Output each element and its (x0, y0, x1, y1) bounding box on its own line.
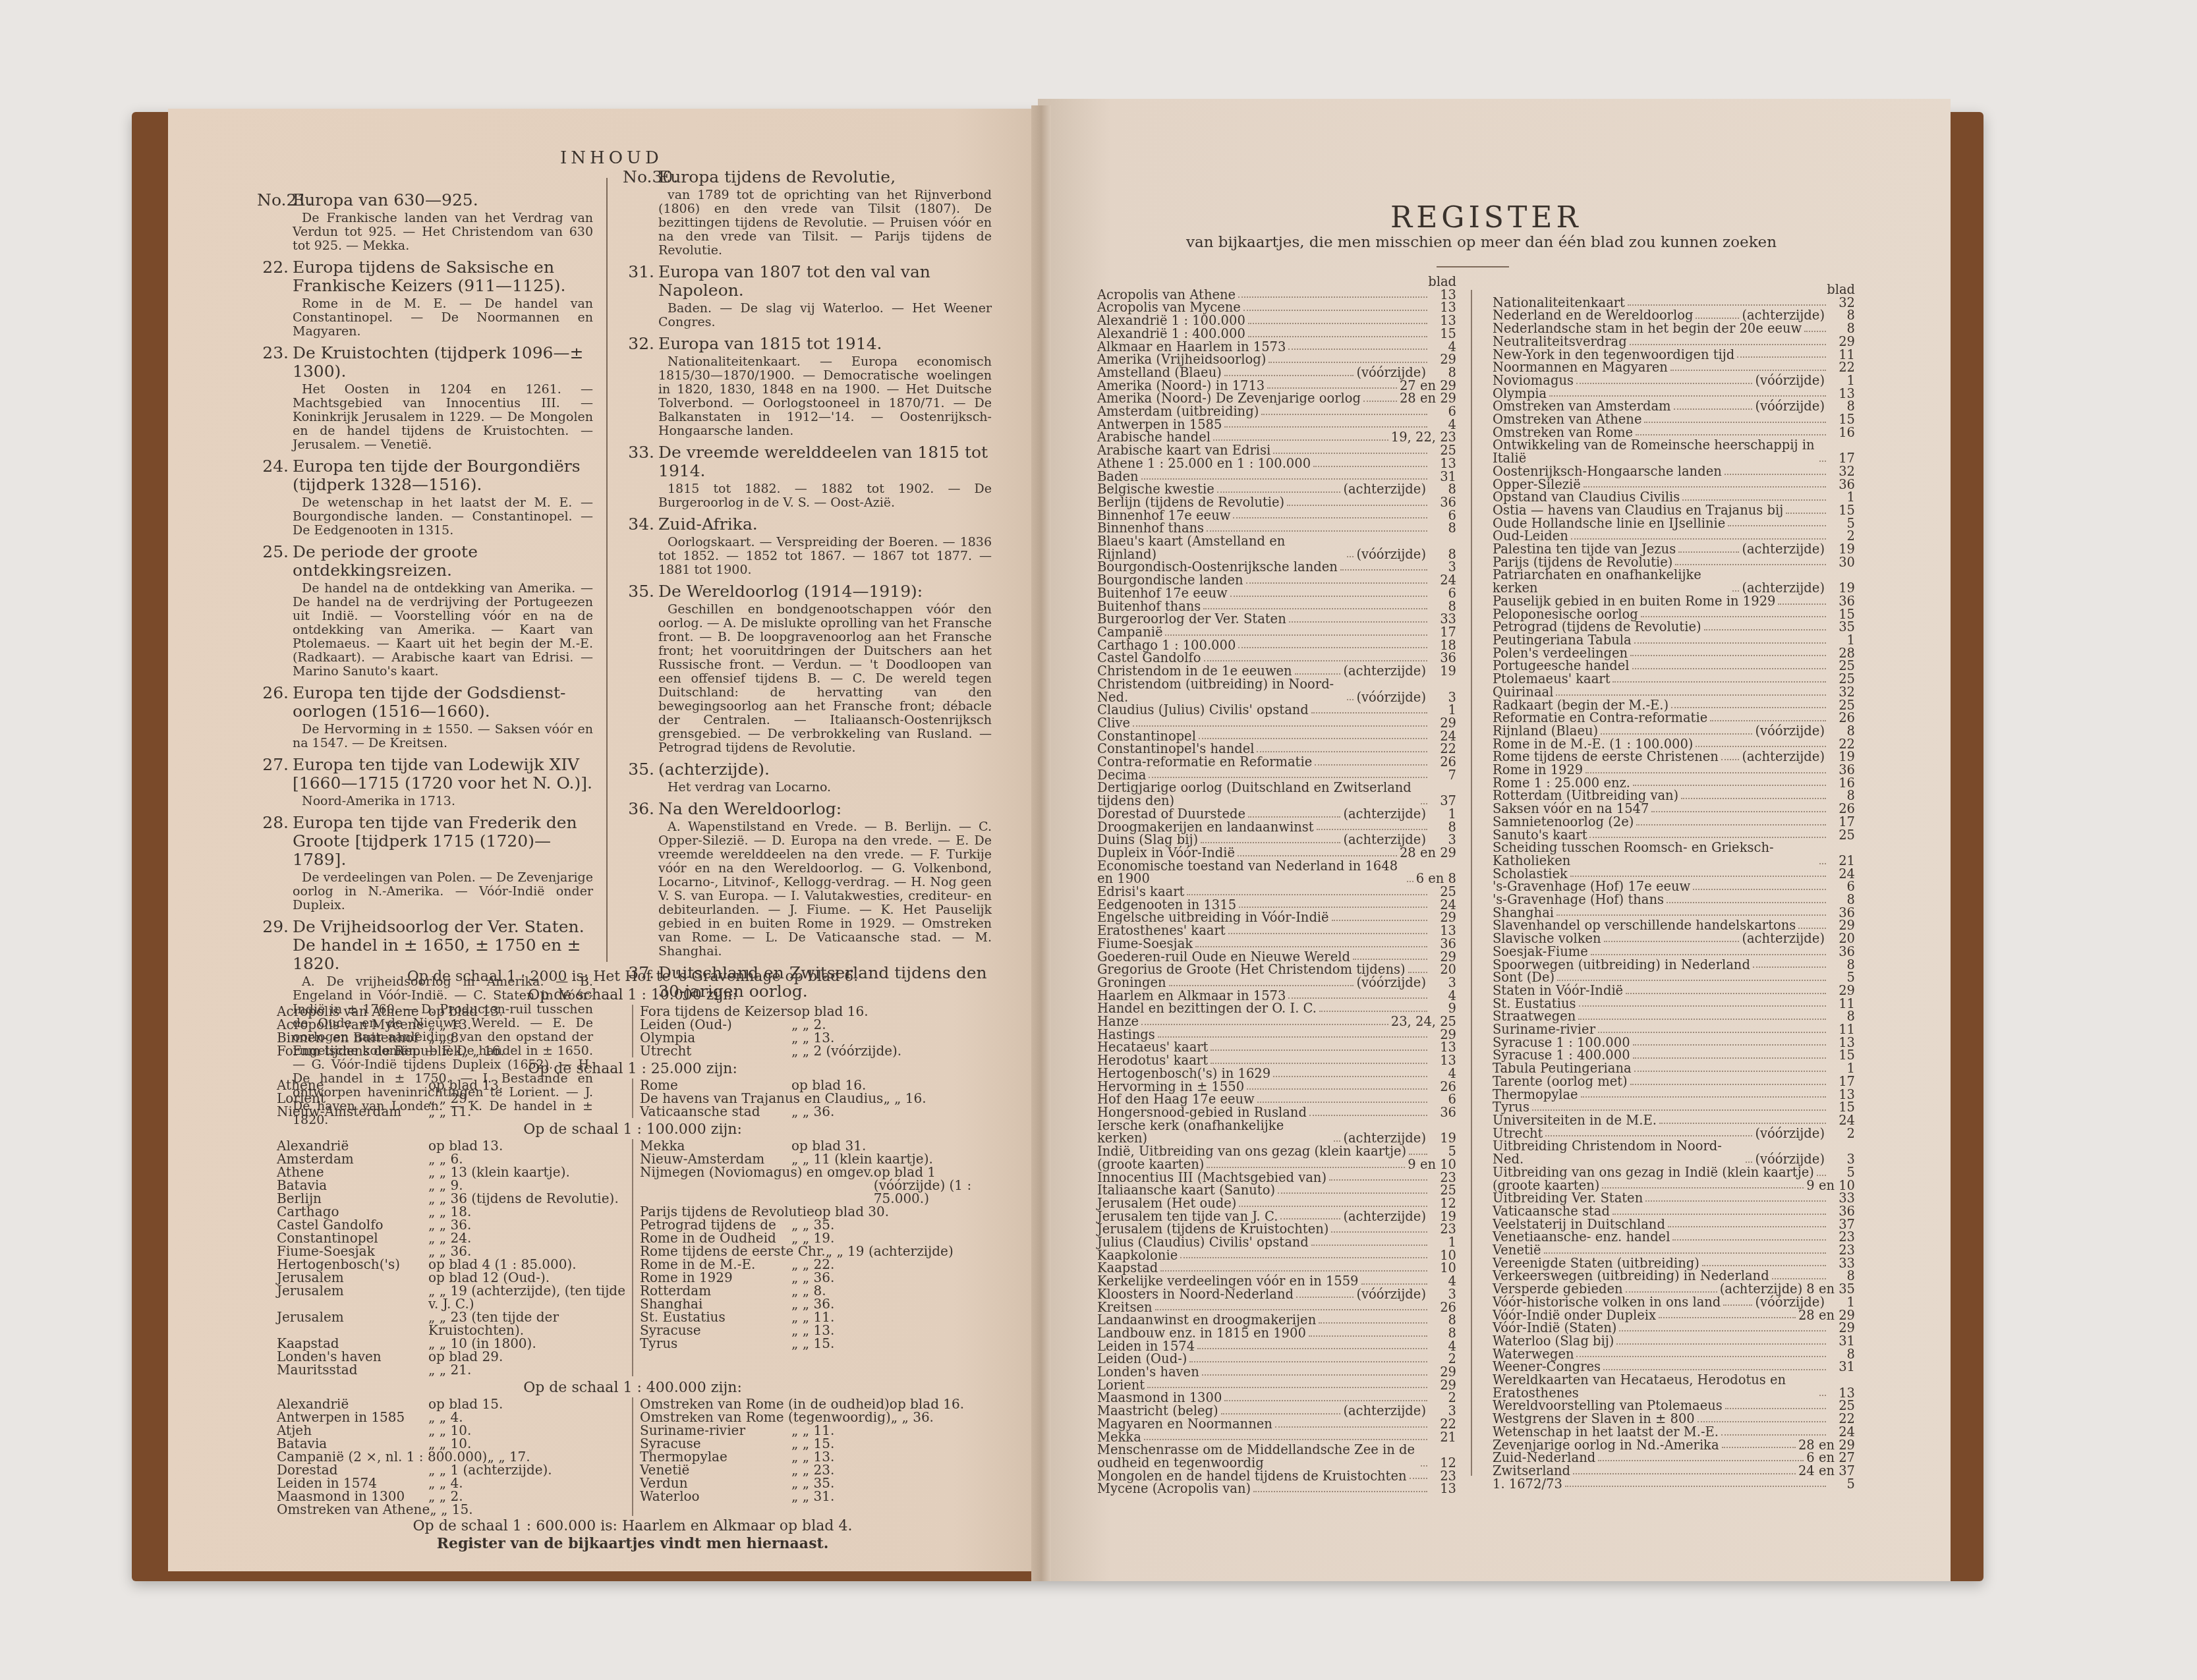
register-entry: Arabische kaart van Edrisi25 (1097, 444, 1456, 457)
place-name: Maasmond in 1300 (277, 1490, 428, 1503)
dot-leader (1753, 966, 1826, 968)
place-name: Suriname-rivier (640, 1424, 791, 1437)
register-term: Saksen vóór en na 1547 (1493, 802, 1649, 816)
dot-leader (1273, 453, 1427, 454)
entry-number: 31. (623, 263, 658, 300)
dot-leader (1612, 1214, 1826, 1215)
scale-list-right: Mekkaop blad 31.Nieuw-Amsterdam„ „ 11 (k… (632, 1139, 995, 1376)
entry-title: Europa ten tijde van Frederik den Groote… (293, 814, 593, 869)
register-entry: Julius (Claudius) Civilis' opstand1 (1097, 1236, 1456, 1249)
register-term: Amstelland (Blaeu) (1097, 366, 1222, 379)
dot-leader (1819, 461, 1826, 462)
dot-leader (1804, 331, 1826, 332)
scale-row: Berlijn„ „ 36 (tijdens de Revolutie). (277, 1192, 625, 1205)
side-note: (vóórzijde) (1755, 374, 1829, 387)
dot-leader (1315, 764, 1427, 766)
toc-entry-head: 33.De vreemde werelddeelen van 1815 tot … (623, 443, 992, 480)
side-note: (achterzijde) (1742, 582, 1829, 595)
place-name: Syracuse (640, 1437, 791, 1450)
dot-leader (1630, 655, 1826, 656)
register-term: Wetenschap in het laatst der M.-E. (1493, 1426, 1719, 1439)
entry-description: Het verdrag van Locarno. (623, 781, 992, 795)
dot-leader (1576, 383, 1752, 384)
place-name: Acropolis van Mycene (277, 1018, 428, 1031)
title-rule (1437, 266, 1509, 267)
dot-leader (1598, 1032, 1826, 1033)
register-term: Menschenrasse om de Middellandsche Zee i… (1097, 1443, 1418, 1469)
toc-entry-head: 26.Europa ten tijde der Godsdienst-oorlo… (257, 684, 593, 721)
scale-grid: Alexandriëop blad 13.Amsterdam„ „ 6.Athe… (270, 1139, 995, 1376)
toc-entry-head: 23.De Kruistochten (tijdperk 1096—± 1300… (257, 344, 593, 381)
sheet-number: 20 (1829, 932, 1855, 945)
sheet-number: 22 (1829, 1413, 1855, 1426)
sheet-number: 25 (1430, 444, 1456, 457)
toc-entry: 25.De periode der groote ontdekkingsreiz… (257, 543, 593, 679)
sheet-ref: „ „ 36. (791, 1297, 988, 1310)
scale-row: Syracuse„ „ 15. (640, 1437, 988, 1450)
place-name: Utrecht (640, 1044, 791, 1057)
dot-leader (1571, 538, 1826, 540)
register-entry: Venetiaansche- enz. handel23 (1493, 1231, 1855, 1244)
place-name: Petrograd tijdens de (640, 1218, 791, 1231)
dot-leader (1732, 590, 1739, 592)
entry-description: Noord-Amerika in 1713. (257, 795, 593, 808)
dot-leader (1589, 837, 1826, 838)
register-term: Rijnland (Blaeu) (1493, 725, 1598, 738)
register-entry: Waterloo (Slag bij)31 (1493, 1335, 1855, 1348)
dot-leader (1149, 777, 1427, 778)
register-entry: Tarente (oorlog met)17 (1493, 1075, 1855, 1088)
place-name: Tyrus (640, 1337, 791, 1350)
sheet-number: 24 en 37 (1798, 1465, 1855, 1478)
toc-entry: No.21.Europa van 630—925.De Frankische l… (257, 191, 593, 253)
dot-leader (1288, 997, 1427, 999)
entry-title: Europa ten tijde van Lodewijk XIV [1660—… (293, 756, 593, 793)
dot-leader (1275, 1426, 1427, 1428)
register-term: Buitenhof 17e eeuw (1097, 587, 1228, 600)
sheet-number: 1 (1430, 704, 1456, 717)
register-entry: Iersche kerk (onafhankelijke kerken)(ach… (1097, 1119, 1456, 1145)
entry-title: (achterzijde). (658, 760, 992, 779)
place-name: Nieuw-Amsterdam (640, 1152, 791, 1165)
sheet-ref: „ „ 31. (791, 1490, 988, 1503)
place-name: Venetië (640, 1463, 791, 1476)
contents-heading: INHOUD (560, 148, 663, 168)
sheet-ref: op blad 16. (890, 1397, 988, 1411)
scale-blocks: Op de schaal 1 : 10.000 zijn:Acropolis v… (270, 989, 995, 1516)
sheet-number: 15 (1430, 327, 1456, 341)
entry-number: 23. (257, 344, 293, 381)
dot-leader (1675, 564, 1826, 565)
scale-row: Jerusalem„ „ 23 (ten tijde der Kruistoch… (277, 1310, 625, 1337)
side-note: (vóórzijde) (1755, 1296, 1829, 1309)
register-term: Vóór-historische volken in ons land (1493, 1296, 1721, 1309)
dot-leader (1659, 1317, 1796, 1318)
dot-leader (1340, 569, 1427, 571)
dot-leader (1570, 876, 1826, 877)
place-name: Athene (277, 1165, 428, 1179)
scale-row: Utrecht„ „ 2 (vóórzijde). (640, 1044, 988, 1057)
dot-leader (1704, 629, 1826, 630)
place-name: Jerusalem (277, 1284, 428, 1310)
register-term: Hertogenbosch('s) in 1629 (1097, 1067, 1270, 1080)
sheet-number: 17 (1829, 816, 1855, 829)
entry-title: Na den Wereldoorlog: (658, 800, 992, 818)
register-term: Contra-reformatie en Reformatie (1097, 756, 1312, 769)
scale-row: Omstreken van Athene„ „ 15. (277, 1503, 625, 1516)
sheet-ref: „ „ 36 (tijdens de Revolutie). (428, 1192, 625, 1205)
dot-leader (1224, 375, 1354, 376)
scale-row: Londen's havenop blad 29. (277, 1350, 625, 1363)
scale-row: Romeop blad 16. (640, 1078, 988, 1092)
dot-leader (1239, 907, 1427, 908)
sheet-number: 36 (1829, 945, 1855, 959)
entry-title: Europa van 1807 tot den val van Napoleon… (658, 263, 992, 300)
dot-leader (1133, 725, 1427, 727)
dot-leader (1224, 1400, 1427, 1401)
register-term: Slavische volken (1493, 932, 1601, 945)
sheet-ref: „ „ 36. (791, 1105, 988, 1118)
register-term: Bourgondische landen (1097, 574, 1243, 587)
register-term: Samnietenoorlog (2e) (1493, 816, 1634, 829)
register-term: Patriarchaten en onafhankelijke kerken (1493, 569, 1730, 594)
side-note: (vóórzijde) (1356, 366, 1430, 379)
register-entry: Tabula Peutingeriana1 (1493, 1062, 1855, 1075)
sheet-ref: „ „ 9. (428, 1179, 625, 1192)
place-name: Batavia (277, 1179, 428, 1192)
scale-row: Jerusalem„ „ 19 (achterzijde), (ten tijd… (277, 1284, 625, 1310)
blad-label: blad (1493, 283, 1855, 296)
register-entry: Pauselijk gebied in en buiten Rome in 19… (1493, 595, 1855, 608)
sheet-ref: „ „ 22. (791, 1258, 988, 1271)
sheet-number: 5 (1430, 1145, 1456, 1158)
register-entry: Jerusalem (Het oude)12 (1097, 1197, 1456, 1210)
sheet-ref: „ „ 19. (791, 1231, 988, 1245)
scale-row: Mekkaop blad 31. (640, 1139, 988, 1152)
place-name: Forum tijdens de Republiek (277, 1044, 462, 1057)
place-name: Rotterdam (640, 1284, 791, 1297)
place-name: Londen's haven (277, 1350, 428, 1363)
register-entry: 1. 1672/735 (1493, 1478, 1855, 1491)
dot-leader (1269, 362, 1427, 363)
register-subtitle: van bijkaartjes, die men misschien op me… (1186, 234, 1777, 251)
toc-entry-head: 31.Europa van 1807 tot den val van Napol… (623, 263, 992, 300)
sheet-number: 3 (1829, 1153, 1855, 1166)
toc-entry-head: 22.Europa tijdens de Saksische en Franki… (257, 258, 593, 295)
register-term: Quirinaal (1493, 686, 1553, 699)
register-term: Hanze (1097, 1015, 1139, 1028)
scale-row: Nieuw-Amsterdam„ „ 11 (klein kaartje). (640, 1152, 988, 1165)
sheet-number: 12 (1430, 1197, 1456, 1210)
dot-leader (1273, 1076, 1427, 1077)
dot-leader (1702, 1265, 1826, 1266)
dot-leader (1746, 1162, 1752, 1163)
dot-leader (1819, 863, 1826, 864)
place-name: Leiden in 1574 (277, 1476, 428, 1490)
sheet-number: 21 (1829, 854, 1855, 868)
dot-leader (1544, 1252, 1826, 1254)
dot-leader (1645, 1200, 1826, 1202)
register-reference: Register van de bijkaartjes vindt men hi… (270, 1537, 995, 1550)
sheet-number: 31 (1829, 1335, 1855, 1348)
dot-leader (1221, 1413, 1341, 1414)
dot-leader (1532, 1109, 1826, 1111)
entry-number: 22. (257, 258, 293, 295)
register-entry: Belgische kwestie(achterzijde)8 (1097, 483, 1456, 496)
scale-row: Antwerpen in 1585„ „ 4. (277, 1411, 625, 1424)
register-entry: Versperde gebieden(achterzijde)8 en 35 (1493, 1283, 1855, 1296)
dot-leader (1578, 1019, 1826, 1020)
dot-leader (1257, 751, 1427, 752)
scale-row: Alexandriëop blad 15. (277, 1397, 625, 1411)
toc-entry: 34.Zuid-Afrika.Oorlogskaart. — Verspreid… (623, 515, 992, 577)
register-term: Londen's haven (1097, 1366, 1199, 1379)
register-term: Landbouw enz. in 1815 en 1900 (1097, 1327, 1306, 1340)
dot-leader (1633, 1044, 1826, 1046)
register-term: (groote kaarten) (1097, 1158, 1204, 1171)
dot-leader (1141, 1024, 1388, 1025)
dot-leader (1233, 517, 1427, 518)
side-note: (achterzijde) (1343, 483, 1430, 496)
register-term: Blaeu's kaart (Amstelland en Rijnland) (1097, 535, 1344, 561)
dot-leader (1737, 356, 1826, 358)
place-name: Alexandrië (277, 1397, 428, 1411)
dot-leader (1203, 608, 1427, 609)
sheet-number: 36 (1430, 1106, 1456, 1119)
entry-number: 24. (257, 457, 293, 494)
register-entry: Wereldkaarten van Hecataeus, Herodotus e… (1493, 1374, 1855, 1399)
sheet-number: 20 (1430, 963, 1456, 976)
scale-2000-line: Op de schaal 1 : 2000 is: Het Hof te 's-… (270, 970, 995, 984)
side-note: (achterzijde) (1742, 750, 1829, 764)
register-term: Magyaren en Noormannen (1097, 1418, 1272, 1431)
place-name: Alexandrië (277, 1139, 428, 1152)
dot-leader (1634, 642, 1826, 644)
sheet-number: 3 (1430, 1405, 1456, 1418)
scale-heading: Op de schaal 1 : 25.000 zijn: (270, 1063, 995, 1076)
scale-row: Rome in de Oudheid„ „ 19. (640, 1231, 988, 1245)
sheet-number: 24 (1430, 574, 1456, 587)
sheet-ref: op blad 13. (428, 1139, 625, 1152)
dot-leader (1698, 1421, 1826, 1422)
dot-leader (1632, 668, 1826, 669)
sheet-number: 17 (1829, 1075, 1855, 1088)
register-term: Berlijn (tijdens de Revolutie) (1097, 496, 1284, 509)
dot-leader (1549, 395, 1826, 397)
dot-leader (1332, 920, 1427, 921)
dot-leader (1207, 530, 1427, 532)
toc-entry: 23.De Kruistochten (tijdperk 1096—± 1300… (257, 344, 593, 452)
register-entry: Wetenschap in het laatst der M.-E.24 (1493, 1426, 1855, 1439)
register-term: Herodotus' kaart (1097, 1054, 1208, 1067)
dot-leader (1238, 296, 1427, 298)
sheet-number: 25 (1430, 1184, 1456, 1197)
register-entry: Menschenrasse om de Middellandsche Zee i… (1097, 1443, 1456, 1469)
register-term: Noviomagus (1493, 374, 1574, 387)
register-entry: Peutingeriana Tabula1 (1493, 634, 1855, 647)
dot-leader (1288, 349, 1427, 350)
sheet-ref: op blad 29. (428, 1350, 625, 1363)
dot-leader (1410, 1478, 1427, 1479)
dot-leader (1819, 1395, 1826, 1396)
register-term: Gregorius de Groote (Het Christendom tij… (1097, 963, 1406, 976)
entry-number: 26. (257, 684, 293, 721)
register-term: Ptolemaeus' kaart (1493, 673, 1610, 686)
dot-leader (1295, 673, 1341, 675)
sheet-ref: op blad 15. (428, 1397, 625, 1411)
register-entry: Vóór-Indië (Staten)29 (1493, 1322, 1855, 1335)
sheet-number: 13 (1430, 1054, 1456, 1067)
side-note: (achterzijde) (1343, 833, 1430, 847)
dot-leader (1211, 1050, 1427, 1051)
scale-list-left: Alexandriëop blad 15.Antwerpen in 1585„ … (270, 1397, 632, 1516)
dot-leader (1202, 1374, 1427, 1376)
scale-grid: Acropolis van Atheneop blad 13.Acropolis… (270, 1005, 995, 1057)
register-term: Palestina ten tijde van Jezus (1493, 543, 1676, 556)
place-name: Hertogenbosch('s) (277, 1258, 428, 1271)
dot-leader (1630, 1084, 1826, 1085)
register-entry: Athene 1 : 25.000 en 1 : 100.00013 (1097, 457, 1456, 470)
sheet-number: 26 (1829, 712, 1855, 725)
sheet-ref: „ „ 15. (791, 1337, 988, 1350)
side-note: (achterzijde) (1343, 808, 1430, 821)
sheet-ref: „ „ 13 (klein kaartje). (428, 1165, 625, 1179)
register-term: Edrisi's kaart (1097, 885, 1184, 899)
sheet-number: 5 (1829, 1166, 1855, 1179)
sheet-number: 11 (1829, 1023, 1855, 1036)
register-term: Arabische kaart van Edrisi (1097, 444, 1270, 457)
place-name: Fiume-Soesjak (277, 1245, 428, 1258)
register-term: Tabula Peutingeriana (1493, 1062, 1632, 1075)
toc-entry-head: 27.Europa ten tijde van Lodewijk XIV [16… (257, 756, 593, 793)
entry-number: No.21. (257, 191, 293, 210)
dot-leader (1817, 1175, 1826, 1176)
dot-leader (1598, 1460, 1804, 1461)
entry-description: De Frankische landen van het Verdrag van… (257, 211, 593, 253)
register-term: Reformatie en Contra-reformatie (1493, 712, 1707, 725)
sheet-number: 1 (1430, 808, 1456, 821)
register-term: Oostenrijksch-Hongaarsche landen (1493, 465, 1722, 478)
scale-600000-line: Op de schaal 1 : 600.000 is: Haarlem en … (270, 1520, 995, 1533)
dot-leader (1319, 1322, 1427, 1324)
dot-leader (1347, 699, 1354, 700)
register-term: Staten in Vóór-Indië (1493, 984, 1623, 997)
register-term: Tarente (oorlog met) (1493, 1075, 1628, 1088)
dot-leader (1626, 993, 1826, 994)
place-name: Mekka (640, 1139, 791, 1152)
register-term: Julius (Claudius) Civilis' opstand (1097, 1236, 1309, 1249)
sheet-number: 3 (1430, 976, 1456, 990)
register-entry: Mycene (Acropolis van)13 (1097, 1482, 1456, 1496)
toc-entry: 33.De vreemde werelddeelen van 1815 tot … (623, 443, 992, 510)
dot-leader (1296, 1297, 1354, 1298)
sheet-number: 2 (1829, 1127, 1855, 1140)
register-entry: Slavische volken(achterzijde)20 (1493, 932, 1855, 945)
dot-leader (1644, 422, 1826, 423)
register-entry: Reformatie en Contra-reformatie26 (1493, 712, 1855, 725)
toc-entry-head: No.21.Europa van 630—925. (257, 191, 593, 210)
register-entry: 's-Gravenhage (Hof) thans8 (1493, 893, 1855, 907)
register-term: Duins (Slag bij) (1097, 833, 1198, 847)
sheet-ref: „ „ 36. (428, 1245, 625, 1258)
register-term: Westgrens der Slaven in ± 800 (1493, 1413, 1695, 1426)
dot-leader (1238, 855, 1397, 856)
place-name: Berlijn (277, 1192, 428, 1205)
place-name: Rome tijdens de eerste Chr. (640, 1245, 826, 1258)
dot-leader (1224, 426, 1427, 428)
register-term: Waterloo (Slag bij) (1493, 1335, 1614, 1348)
toc-entry-head: 35.(achterzijde). (623, 760, 992, 779)
register-entry: Italiaansche kaart (Sanuto)25 (1097, 1184, 1456, 1197)
scale-row: Rome in 1929„ „ 36. (640, 1271, 988, 1284)
dot-leader (1408, 972, 1427, 973)
side-note: (vóórzijde) (1755, 725, 1829, 738)
scale-list-left: Alexandriëop blad 13.Amsterdam„ „ 6.Athe… (270, 1139, 632, 1376)
place-name: Olympia (640, 1031, 791, 1044)
entry-description: Baden. — De slag vij Waterloo. — Het Wee… (623, 302, 992, 329)
toc-entry: 36.Na den Wereldoorlog:A. Wapenstilstand… (623, 800, 992, 959)
entry-description: van 1789 tot de oprichting van het Rijnv… (623, 188, 992, 258)
register-term: Economische toestand van Nederland in 16… (1097, 860, 1404, 885)
sheet-number: 8 (1829, 322, 1855, 335)
dot-leader (1248, 323, 1427, 324)
dot-leader (1309, 1115, 1427, 1116)
sheet-number: 25 (1829, 673, 1855, 686)
dot-leader (1147, 1387, 1427, 1388)
register-term: Zwitserland (1493, 1465, 1570, 1478)
sheet-ref: „ „ 11 (klein kaartje). (791, 1152, 988, 1165)
dot-leader (1309, 1335, 1427, 1337)
register-entry: Contra-reformatie en Reformatie26 (1097, 756, 1456, 769)
register-term: Venetië (1493, 1244, 1541, 1257)
register-entry: Alexandrië 1 : 400.00015 (1097, 327, 1456, 341)
sheet-number: 22 (1829, 361, 1855, 374)
register-entry: Maastricht (beleg)(achterzijde)3 (1097, 1405, 1456, 1418)
dot-leader (1334, 1140, 1340, 1142)
register-term: Vaticaansche stad (1493, 1205, 1610, 1218)
dot-leader (1204, 660, 1427, 661)
register-term: Alexandrië 1 : 400.000 (1097, 327, 1245, 341)
dot-leader (1557, 980, 1826, 981)
entry-description: Rome in de M. E. — De handel van Constan… (257, 297, 593, 339)
scale-row: Atheneop blad 13. (277, 1078, 625, 1092)
sheet-number: 26 (1430, 756, 1456, 769)
register-entry: Quirinaal32 (1493, 686, 1855, 699)
toc-entry: 35.(achterzijde).Het verdrag van Locarno… (623, 760, 992, 795)
register-entry: Gregorius de Groote (Het Christendom tij… (1097, 963, 1456, 976)
register-entry: Zwitserland24 en 37 (1493, 1465, 1855, 1478)
entry-title: De Wereldoorlog (1914—1919): (658, 582, 992, 601)
scale-row: Carthago„ „ 18. (277, 1205, 625, 1218)
scale-row: Acropolis van Mycene„ „ 13. (277, 1018, 625, 1031)
sheet-number: 15 (1829, 504, 1855, 517)
toc-entry: 28.Europa ten tijde van Frederik den Gro… (257, 814, 593, 912)
place-name: Athene (277, 1078, 428, 1092)
scale-row: Olympia„ „ 13. (640, 1031, 988, 1044)
scale-list-right: Fora tijdens de Keizersop blad 16.Leiden… (632, 1005, 995, 1057)
sheet-number: 8 (1430, 366, 1456, 379)
side-note: (vóórzijde) (1755, 400, 1829, 413)
sheet-number: 19 (1829, 543, 1855, 556)
entry-number: 25. (257, 543, 293, 580)
register-term: Italiaansche kaart (Sanuto) (1097, 1184, 1275, 1197)
dot-leader (1667, 902, 1826, 903)
place-name: Kaapstad (277, 1337, 428, 1350)
register-term: Sont (De) (1493, 971, 1555, 984)
sheet-ref: „ „ 29. (428, 1092, 625, 1105)
register-term: Belgische kwestie (1097, 483, 1214, 496)
dot-leader (1671, 707, 1826, 708)
